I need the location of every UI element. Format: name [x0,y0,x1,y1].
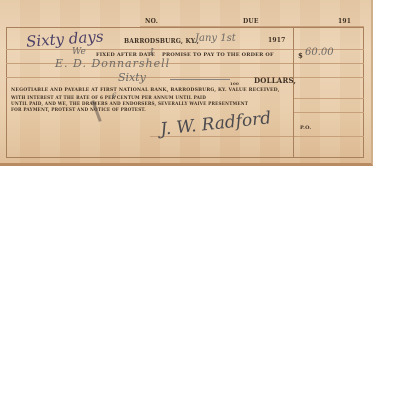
due-label: Due [243,18,259,25]
date-handwritten: Jany 1st [195,33,236,44]
rule-line3 [6,77,293,78]
promise-text: promise to pay to the order of [162,52,274,58]
rule-amount-2 [294,63,364,64]
rule-amount-6 [294,136,364,137]
po-label: P.O. [300,125,311,131]
we-handwritten: We [72,47,86,57]
rate-handwritten: 6 [112,92,116,100]
terms-line-3: until paid, and we, the drawers and endo… [11,101,248,106]
rule-amount-3 [294,77,364,78]
amount-words-handwritten: Sixty [118,71,146,84]
amount-column-divider [293,27,294,158]
rule-amount-4 [294,98,364,99]
header-rule [140,26,364,27]
amount-handwritten: 60.00 [305,47,334,58]
amount-fill-stroke [170,79,230,80]
terms-line-2: with interest at the rate of 6 per centu… [11,95,206,100]
terms-line-1: Negotiable and payable at First National… [11,88,280,93]
dollars-label: Dollars, [254,76,296,85]
year-suffix-label: 191 [338,18,351,25]
year-label: 1917 [268,37,286,44]
rule-amount-5 [294,112,364,113]
amount-dollar-sign: $ [298,51,303,60]
no-label: No. [145,18,158,25]
promissory-note: No. Due 191 Sixty days Barrodsburg, Ky.,… [0,0,373,166]
place-label: Barrodsburg, Ky., [124,38,199,45]
terms-line-4: for payment, protest and notice of prote… [11,107,146,112]
hundredths-label: 100 [230,81,239,86]
payee-handwritten: E. D. Donnarshell [55,57,170,70]
